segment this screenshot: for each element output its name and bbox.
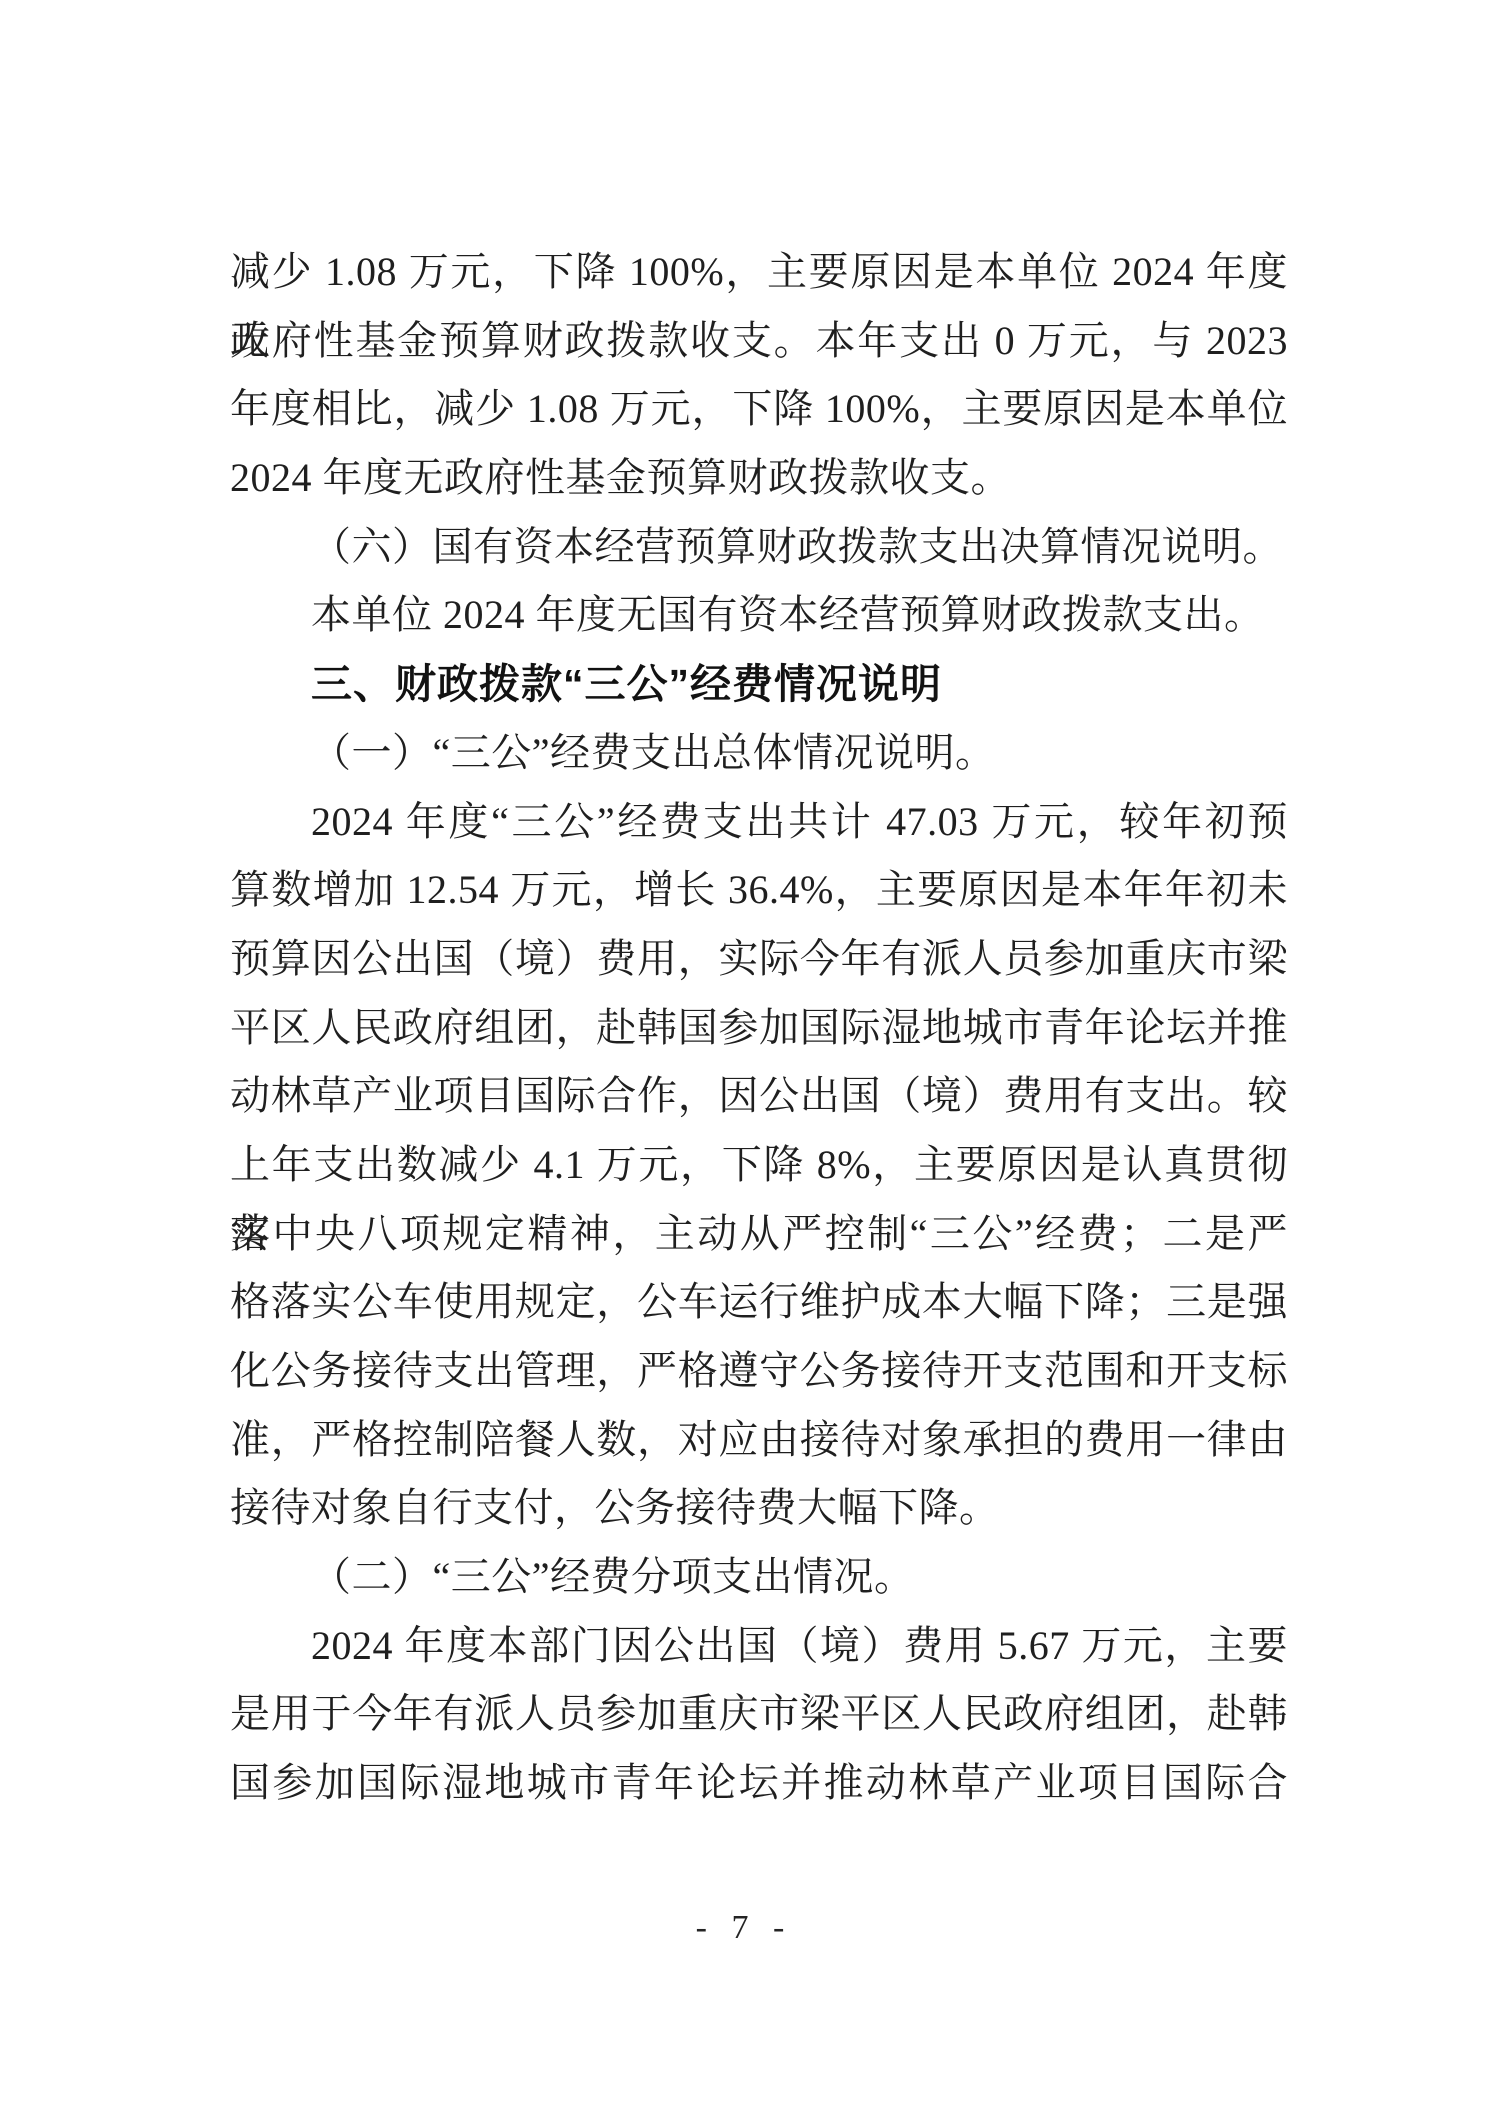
text-line: （一）“三公”经费支出总体情况说明。: [230, 719, 1288, 788]
text-line: 年度相比，减少 1.08 万元，下降 100%，主要原因是本单位: [230, 375, 1288, 444]
text-line: 平区人民政府组团，赴韩国参加国际湿地城市青年论坛并推: [230, 994, 1288, 1063]
text-line: 本单位 2024 年度无国有资本经营预算财政拨款支出。: [230, 581, 1288, 650]
text-line: 是用于今年有派人员参加重庆市梁平区人民政府组团，赴韩: [230, 1680, 1288, 1749]
section-heading: 三、财政拨款“三公”经费情况说明: [230, 650, 1288, 719]
text-line: 实中央八项规定精神，主动从严控制“三公”经费；二是严: [230, 1200, 1288, 1269]
text-line: 国参加国际湿地城市青年论坛并推动林草产业项目国际合: [230, 1749, 1288, 1818]
text-line: （二）“三公”经费分项支出情况。: [230, 1543, 1288, 1612]
text-line: 预算因公出国（境）费用，实际今年有派人员参加重庆市梁: [230, 925, 1288, 994]
text-line: 上年支出数减少 4.1 万元，下降 8%，主要原因是认真贯彻落: [230, 1131, 1288, 1200]
text-line: 准，严格控制陪餐人数，对应由接待对象承担的费用一律由: [230, 1406, 1288, 1475]
text-line: 动林草产业项目国际合作，因公出国（境）费用有支出。较: [230, 1062, 1288, 1131]
text-line: 2024 年度“三公”经费支出共计 47.03 万元，较年初预: [230, 788, 1288, 857]
text-line: 接待对象自行支付，公务接待费大幅下降。: [230, 1474, 1288, 1543]
document-page: 减少 1.08 万元，下降 100%，主要原因是本单位 2024 年度无政府性基…: [0, 0, 1488, 2104]
text-line: （六）国有资本经营预算财政拨款支出决算情况说明。: [230, 513, 1288, 582]
text-line: 减少 1.08 万元，下降 100%，主要原因是本单位 2024 年度无: [230, 238, 1288, 307]
page-number: - 7 -: [0, 1903, 1488, 1953]
text-line: 2024 年度本部门因公出国（境）费用 5.67 万元，主要: [230, 1612, 1288, 1681]
text-line: 2024 年度无政府性基金预算财政拨款收支。: [230, 444, 1288, 513]
text-line: 化公务接待支出管理，严格遵守公务接待开支范围和开支标: [230, 1337, 1288, 1406]
document-body: 减少 1.08 万元，下降 100%，主要原因是本单位 2024 年度无政府性基…: [230, 238, 1288, 1818]
text-line: 格落实公车使用规定，公车运行维护成本大幅下降；三是强: [230, 1268, 1288, 1337]
text-line: 算数增加 12.54 万元，增长 36.4%，主要原因是本年年初未: [230, 856, 1288, 925]
text-line: 政府性基金预算财政拨款收支。本年支出 0 万元，与 2023: [230, 307, 1288, 376]
